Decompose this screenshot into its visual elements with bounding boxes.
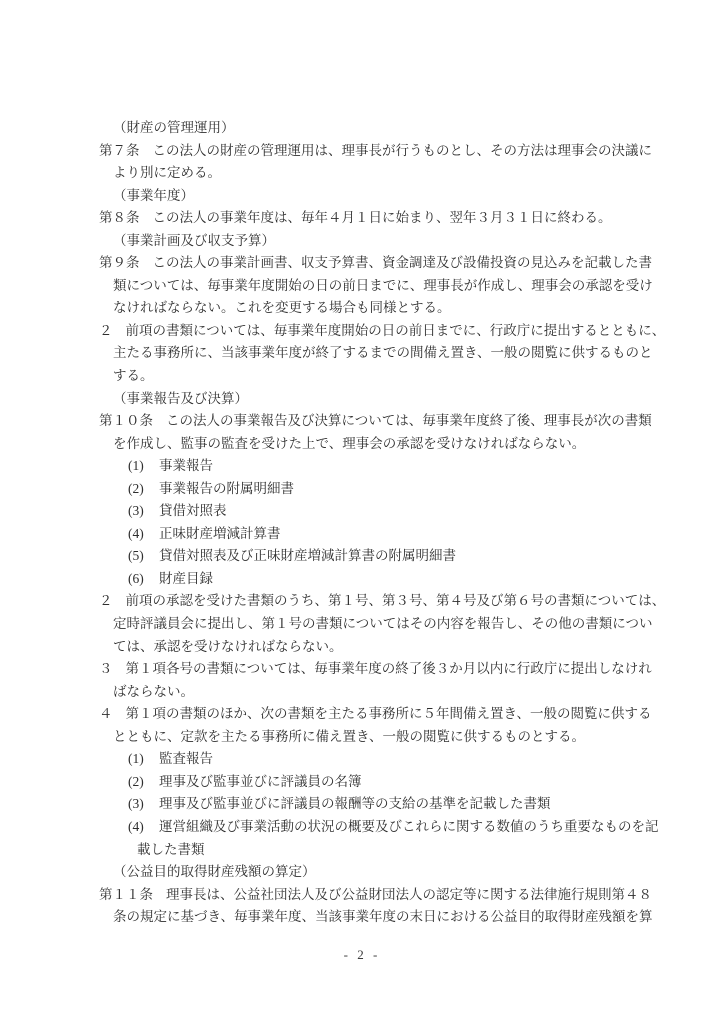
item-number: (2) xyxy=(128,478,159,501)
article-number: 第１１条 xyxy=(99,887,153,902)
paragraph-continuation: 定時評議員会に提出し、第１号の書類についてはその内容を報告し、その他の書類につい xyxy=(99,613,659,636)
list-item: (3)貸借対照表 xyxy=(99,500,659,523)
section-heading: （事業報告及び決算） xyxy=(99,388,659,411)
paragraph-continuation: ばならない。 xyxy=(99,681,659,704)
article-number: 第１０条 xyxy=(99,413,153,428)
article-number: 第８条 xyxy=(99,210,140,225)
list-item: (5)貸借対照表及び正味財産増減計算書の附属明細書 xyxy=(99,545,659,568)
article-text: この法人の事業報告及び決算については、毎事業年度終了後、理事長が次の書類 xyxy=(166,413,652,428)
list-item: (4)運営組織及び事業活動の状況の概要及びこれらに関する数値のうち重要なものを記 xyxy=(99,816,659,839)
document-page: （財産の管理運用） 第７条この法人の財産の管理運用は、理事長が行うものとし、その… xyxy=(0,0,724,1024)
paragraph-continuation: ては、承認を受けなければならない。 xyxy=(99,636,659,659)
article-10-line: 第１０条この法人の事業報告及び決算については、毎事業年度終了後、理事長が次の書類 xyxy=(99,410,659,433)
paragraph-number: ３ xyxy=(99,661,113,676)
item-text: 理事及び監事並びに評議員の報酬等の支給の基準を記載した書類 xyxy=(159,796,551,811)
article-number: 第７条 xyxy=(99,143,140,158)
article-11-continuation: 条の規定に基づき、毎事業年度、当該事業年度の末日における公益目的取得財産残額を算 xyxy=(99,906,659,929)
item-number: (2) xyxy=(128,771,159,794)
paragraph-continuation: する。 xyxy=(99,365,659,388)
article-text: この法人の事業年度は、毎年４月１日に始まり、翌年３月３１日に終わる。 xyxy=(153,210,612,225)
paragraph-text: 前項の書類については、毎事業年度開始の日の前日までに、行政庁に提出するとともに、 xyxy=(126,323,666,338)
item-number: (4) xyxy=(128,523,159,546)
paragraph-continuation: とともに、定款を主たる事務所に備え置き、一般の閲覧に供するものとする。 xyxy=(99,726,659,749)
item-number: (3) xyxy=(128,500,159,523)
article-9-paragraph-2: ２前項の書類については、毎事業年度開始の日の前日までに、行政庁に提出するとともに… xyxy=(99,320,659,343)
paragraph-text: 第１項の書類のほか、次の書類を主たる事務所に５年間備え置き、一般の閲覧に供する xyxy=(126,706,652,721)
article-number: 第９条 xyxy=(99,255,140,270)
list-item: (4)正味財産増減計算書 xyxy=(99,523,659,546)
item-number: (6) xyxy=(128,568,159,591)
item-text: 理事及び監事並びに評議員の名簿 xyxy=(159,774,362,789)
article-10-paragraph-2: ２前項の承認を受けた書類のうち、第１号、第３号、第４号及び第６号の書類については… xyxy=(99,590,659,613)
paragraph-text: 第１項各号の書類については、毎事業年度の終了後３か月以内に行政庁に提出しなけれ xyxy=(126,661,652,676)
article-11-line: 第１１条理事長は、公益社団法人及び公益財団法人の認定等に関する法律施行規則第４８ xyxy=(99,884,659,907)
item-text-continuation: 載した書類 xyxy=(99,839,659,862)
article-8-line: 第８条この法人の事業年度は、毎年４月１日に始まり、翌年３月３１日に終わる。 xyxy=(99,207,659,230)
article-7-line: 第７条この法人の財産の管理運用は、理事長が行うものとし、その方法は理事会の決議に xyxy=(99,140,659,163)
item-number: (4) xyxy=(128,816,159,839)
paragraph-number: ４ xyxy=(99,706,113,721)
article-7-continuation: より別に定める。 xyxy=(99,162,659,185)
article-9-continuation: 類については、毎事業年度開始の日の前日までに、理事長が作成し、理事会の承認を受け xyxy=(99,275,659,298)
item-text: 運営組織及び事業活動の状況の概要及びこれらに関する数値のうち重要なものを記 xyxy=(159,819,659,834)
item-text: 正味財産増減計算書 xyxy=(159,526,281,541)
article-10-paragraph-4: ４第１項の書類のほか、次の書類を主たる事務所に５年間備え置き、一般の閲覧に供する xyxy=(99,703,659,726)
page-number: - 2 - xyxy=(0,944,724,966)
section-heading: （財産の管理運用） xyxy=(99,117,659,140)
item-text: 事業報告 xyxy=(159,458,213,473)
list-item: (3)理事及び監事並びに評議員の報酬等の支給の基準を記載した書類 xyxy=(99,793,659,816)
article-9-continuation: なければならない。これを変更する場合も同様とする。 xyxy=(99,297,659,320)
item-number: (3) xyxy=(128,793,159,816)
list-item: (2)事業報告の附属明細書 xyxy=(99,478,659,501)
item-number: (5) xyxy=(128,545,159,568)
paragraph-continuation: 主たる事務所に、当該事業年度が終了するまでの間備え置き、一般の閲覧に供するものと xyxy=(99,342,659,365)
section-heading: （事業年度） xyxy=(99,185,659,208)
item-text: 財産目録 xyxy=(159,571,213,586)
document-body: （財産の管理運用） 第７条この法人の財産の管理運用は、理事長が行うものとし、その… xyxy=(99,117,659,929)
item-text: 事業報告の附属明細書 xyxy=(159,481,294,496)
paragraph-number: ２ xyxy=(99,593,113,608)
section-heading: （事業計画及び収支予算） xyxy=(99,230,659,253)
list-item: (2)理事及び監事並びに評議員の名簿 xyxy=(99,771,659,794)
article-text: 理事長は、公益社団法人及び公益財団法人の認定等に関する法律施行規則第４８ xyxy=(166,887,652,902)
article-10-paragraph-3: ３第１項各号の書類については、毎事業年度の終了後３か月以内に行政庁に提出しなけれ xyxy=(99,658,659,681)
article-10-continuation: を作成し、監事の監査を受けた上で、理事会の承認を受けなければならない。 xyxy=(99,433,659,456)
list-item: (6)財産目録 xyxy=(99,568,659,591)
paragraph-number: ２ xyxy=(99,323,113,338)
item-text: 貸借対照表及び正味財産増減計算書の附属明細書 xyxy=(159,548,456,563)
paragraph-text: 前項の承認を受けた書類のうち、第１号、第３号、第４号及び第６号の書類については、 xyxy=(126,593,666,608)
list-item: (1)監査報告 xyxy=(99,748,659,771)
article-text: この法人の財産の管理運用は、理事長が行うものとし、その方法は理事会の決議に xyxy=(153,143,653,158)
article-text: この法人の事業計画書、収支予算書、資金調達及び設備投資の見込みを記載した書 xyxy=(153,255,653,270)
list-item: (1)事業報告 xyxy=(99,455,659,478)
item-text: 監査報告 xyxy=(159,751,213,766)
item-text: 貸借対照表 xyxy=(159,503,227,518)
item-number: (1) xyxy=(128,748,159,771)
article-9-line: 第９条この法人の事業計画書、収支予算書、資金調達及び設備投資の見込みを記載した書 xyxy=(99,252,659,275)
item-number: (1) xyxy=(128,455,159,478)
section-heading: （公益目的取得財産残額の算定） xyxy=(99,861,659,884)
